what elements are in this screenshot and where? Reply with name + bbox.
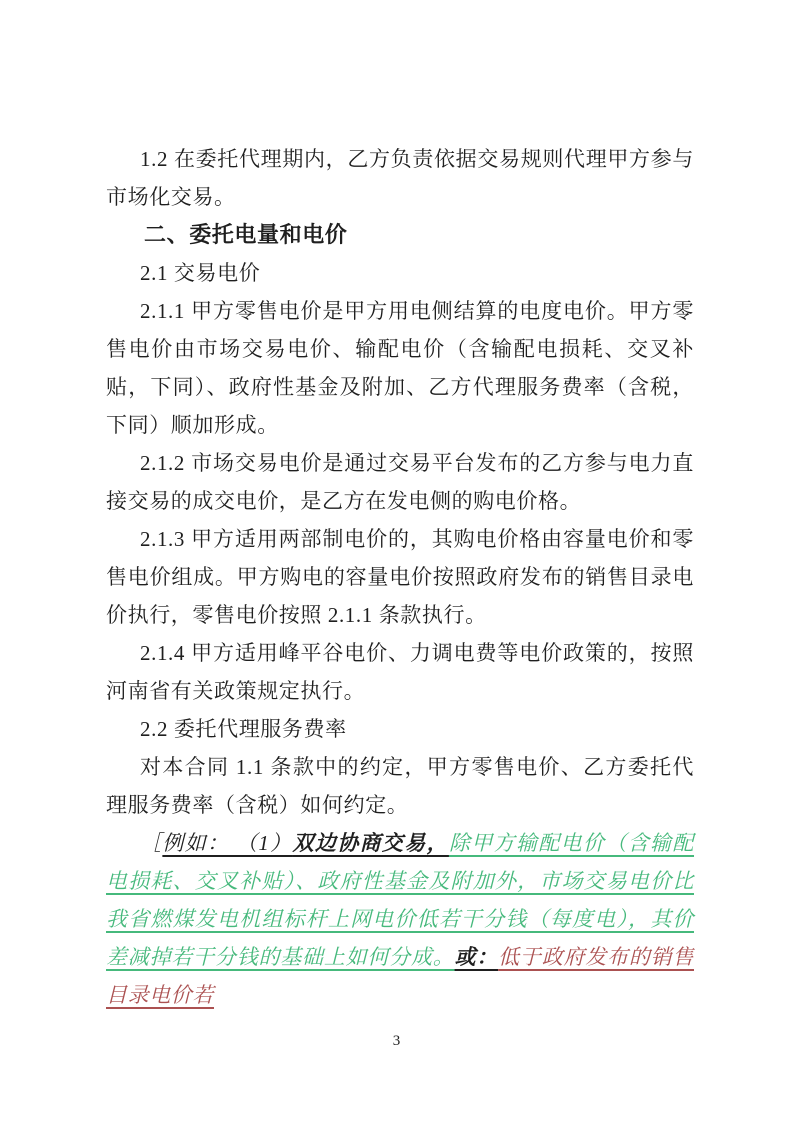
- paragraph: 2.1.1 甲方零售电价是甲方用电侧结算的电度电价。甲方零售电价由市场交易电价、…: [106, 292, 694, 444]
- paragraph: 1.2 在委托代理期内，乙方负责依据交易规则代理甲方参与市场化交易。: [106, 140, 694, 216]
- text-run: 2.1.1 甲方零售电价是甲方用电侧结算的电度电价。甲方零售电价由市场交易电价、…: [106, 299, 694, 437]
- text-run: 2.1.4 甲方适用峰平谷电价、力调电费等电价政策的，按照河南省有关政策规定执行…: [106, 641, 694, 703]
- text-run: 2.1.2 市场交易电价是通过交易平台发布的乙方参与电力直接交易的成交电价，是乙…: [106, 451, 694, 513]
- paragraph: 2.1.4 甲方适用峰平谷电价、力调电费等电价政策的，按照河南省有关政策规定执行…: [106, 634, 694, 710]
- paragraph: 2.1.2 市场交易电价是通过交易平台发布的乙方参与电力直接交易的成交电价，是乙…: [106, 444, 694, 520]
- paragraph: 对本合同 1.1 条款中的约定，甲方零售电价、乙方委托代理服务费率（含税）如何约…: [106, 748, 694, 824]
- section-heading: 二、委托电量和电价: [106, 216, 694, 254]
- text-run: 1.2 在委托代理期内，乙方负责依据交易规则代理甲方参与市场化交易。: [106, 147, 694, 209]
- text-run: 二、委托电量和电价: [144, 222, 347, 247]
- paragraph: 2.1.3 甲方适用两部制电价的，其购电价格由容量电价和零售电价组成。甲方购电的…: [106, 520, 694, 634]
- paragraph: ［例如： （1）双边协商交易，除甲方输配电价（含输配电损耗、交叉补贴）、政府性基…: [106, 824, 694, 1014]
- document-page: 1.2 在委托代理期内，乙方负责依据交易规则代理甲方参与市场化交易。二、委托电量…: [0, 0, 793, 1122]
- paragraph: 2.1 交易电价: [106, 254, 694, 292]
- text-run: 2.1.3 甲方适用两部制电价的，其购电价格由容量电价和零售电价组成。甲方购电的…: [106, 527, 694, 627]
- paragraph: 2.2 委托代理服务费率: [106, 710, 694, 748]
- text-run: ［: [140, 831, 162, 855]
- text-run: 例如： （1）: [162, 831, 292, 855]
- text-run: 对本合同 1.1 条款中的约定，甲方零售电价、乙方委托代理服务费率（含税）如何约…: [106, 755, 694, 817]
- text-run: 或：: [455, 945, 499, 969]
- text-run: 2.2 委托代理服务费率: [140, 717, 347, 741]
- page-number: 3: [393, 1033, 401, 1049]
- document-body: 1.2 在委托代理期内，乙方负责依据交易规则代理甲方参与市场化交易。二、委托电量…: [106, 140, 694, 1014]
- text-run: 双边协商交易，: [293, 831, 449, 855]
- text-run: 2.1 交易电价: [140, 261, 260, 285]
- page-footer: 3: [0, 1031, 793, 1051]
